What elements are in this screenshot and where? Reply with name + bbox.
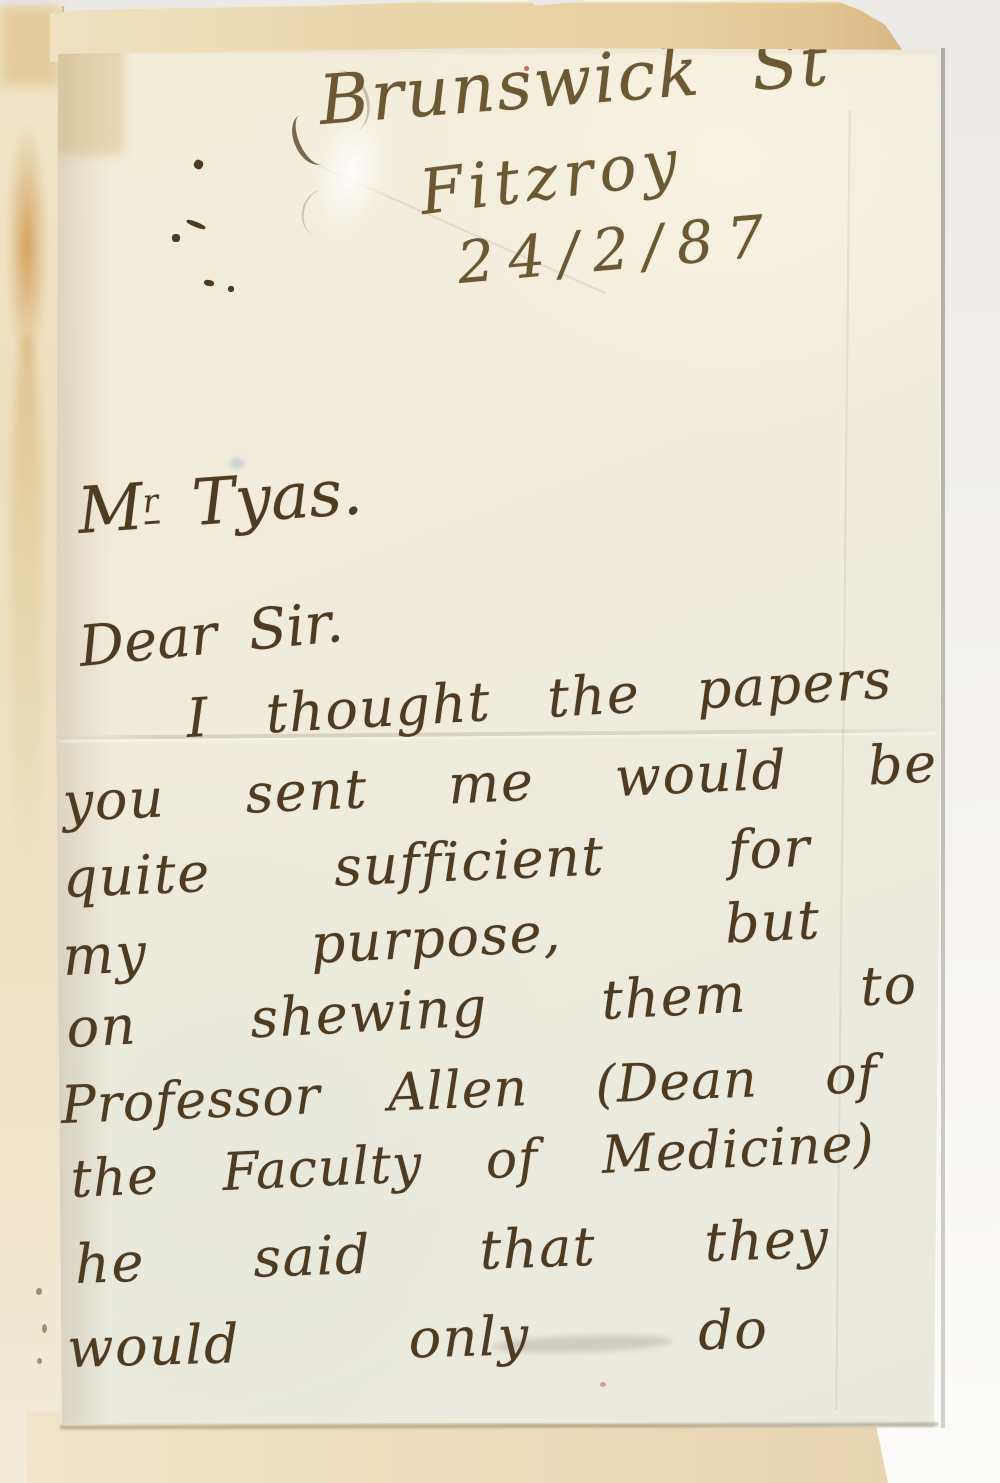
address-line-2: Fitzroy [416, 130, 686, 224]
recipient-name: Tyas. [190, 455, 365, 541]
body-line-8: he said that they [74, 1212, 830, 1292]
leaf-stain [6, 121, 48, 371]
gutter-speck [42, 1324, 47, 1333]
pink-speck [600, 1382, 606, 1387]
recipient-prefix: M [75, 471, 146, 549]
left-leaf-page [0, 6, 64, 1483]
gutter-speck [36, 1288, 42, 1295]
stitch-mark [172, 234, 180, 242]
stitch-mark [203, 279, 214, 287]
recipient-superscript: r [141, 482, 159, 525]
stitch-mark [228, 286, 234, 292]
salutation-line: Dear Sir. [77, 595, 346, 676]
letter-scan: Brunswick St Fitzroy 24/2/87 MrTyas. Dea… [0, 0, 1000, 1483]
letter-page: Brunswick St Fitzroy 24/2/87 MrTyas. Dea… [52, 40, 950, 1432]
gutter-speck [37, 1358, 42, 1364]
recipient-line: MrTyas. [76, 460, 365, 544]
body-line-9: would only do [66, 1302, 769, 1376]
leaf-stain [12, 336, 42, 876]
stitch-mark [186, 218, 206, 230]
stitch-mark [192, 158, 204, 170]
page-corner-stain [52, 40, 124, 155]
page-right-edge-shadow [941, 48, 945, 1428]
